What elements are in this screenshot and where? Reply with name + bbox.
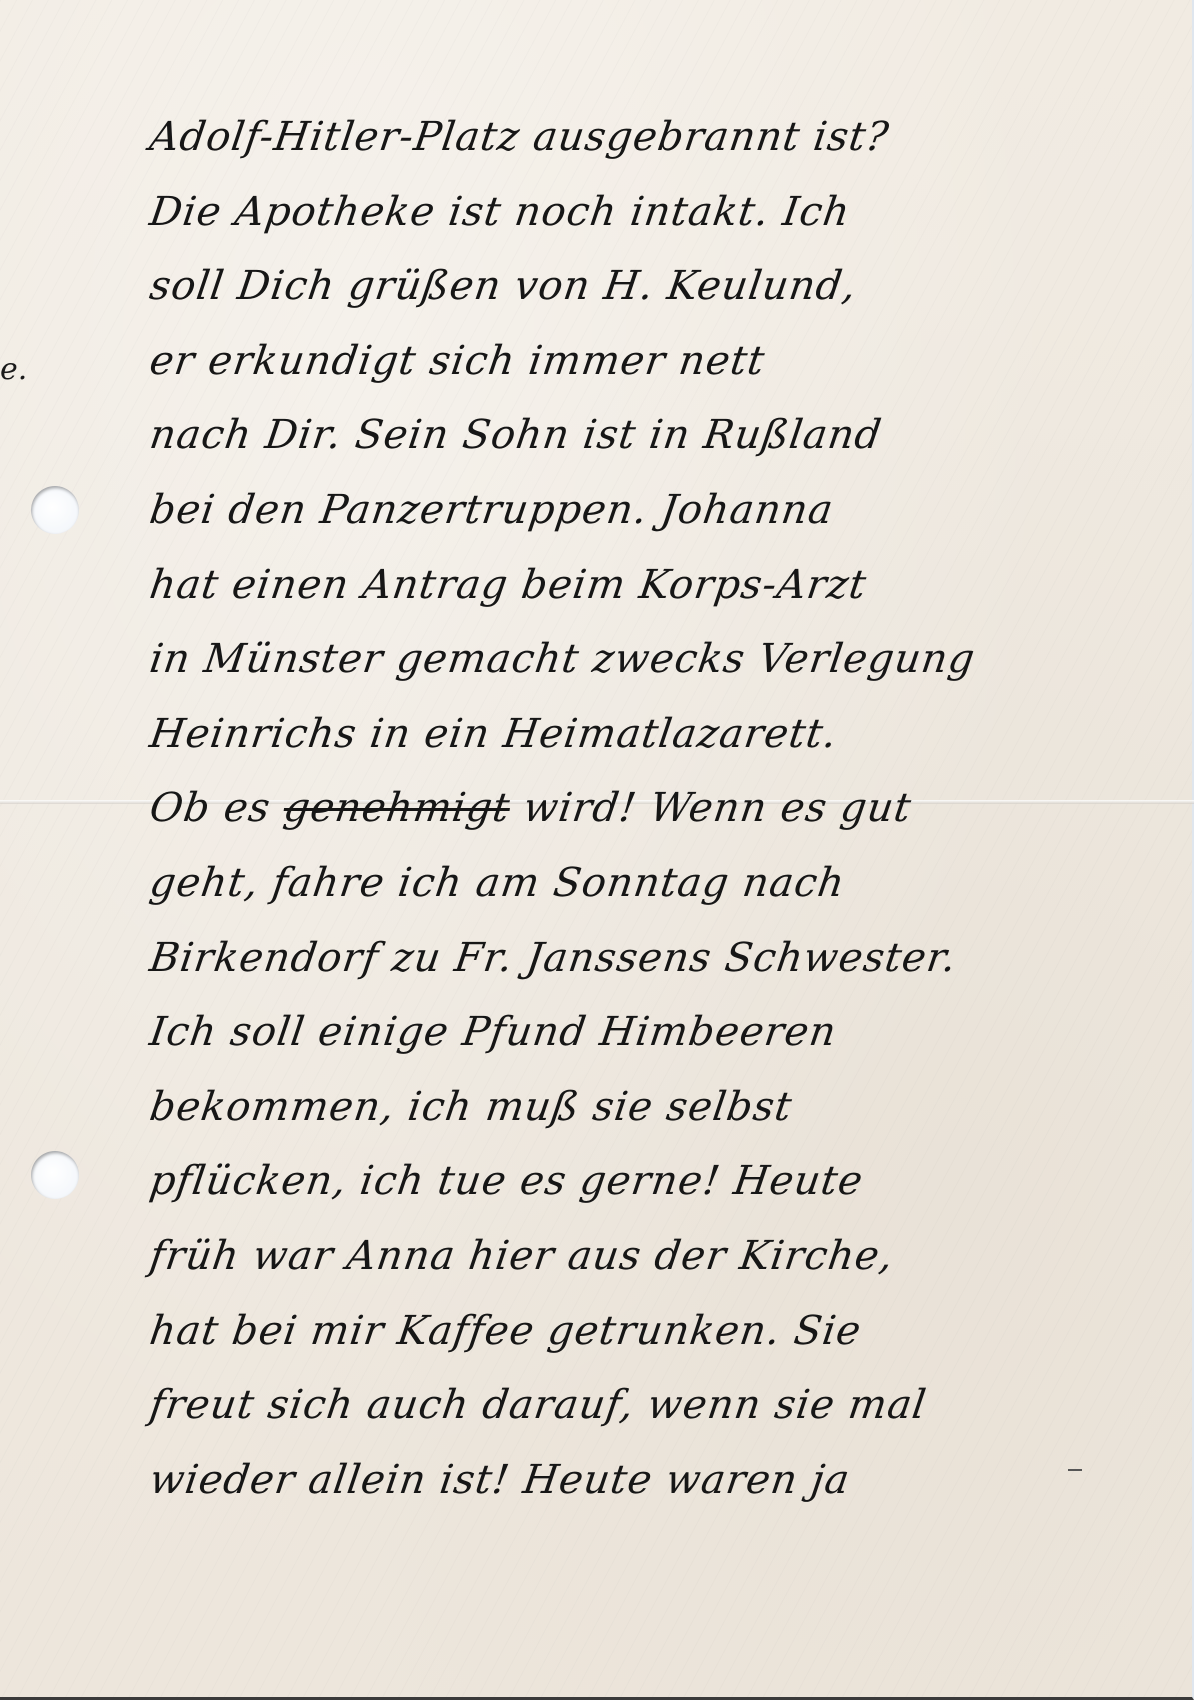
letter-line-7: hat einen Antrag beim Korps-Arzt: [145, 548, 1085, 623]
letter-line-18: freut sich auch darauf, wenn sie mal: [145, 1368, 1085, 1443]
letter-page: e. Adolf-Hitler-Platz ausgebrannt ist? D…: [0, 0, 1194, 1700]
continuation-dash: [1068, 1469, 1082, 1471]
letter-line-16: früh war Anna hier aus der Kirche,: [145, 1219, 1085, 1294]
letter-line-17: hat bei mir Kaffee getrunken. Sie: [145, 1294, 1085, 1369]
letter-line-12: Birkendorf zu Fr. Janssens Schwester.: [145, 921, 1085, 996]
letter-line-9: Heinrichs in ein Heimatlazarett.: [145, 697, 1085, 772]
letter-body: Adolf-Hitler-Platz ausgebrannt ist? Die …: [150, 100, 1080, 1517]
margin-text-fragment: e.: [0, 352, 27, 387]
letter-line-3: soll Dich grüßen von H. Keulund,: [145, 249, 1085, 324]
letter-line-19: wieder allein ist! Heute waren ja: [145, 1443, 1085, 1518]
letter-line-4: er erkundigt sich immer nett: [145, 324, 1085, 399]
line-10-after: wird! Wenn es gut: [507, 785, 915, 831]
punch-hole-bottom: [31, 1151, 79, 1199]
letter-line-5: nach Dir. Sein Sohn ist in Rußland: [145, 398, 1085, 473]
letter-line-2: Die Apotheke ist noch intakt. Ich: [145, 175, 1085, 250]
letter-line-6: bei den Panzertruppen. Johanna: [145, 473, 1085, 548]
letter-line-15: pflücken, ich tue es gerne! Heute: [145, 1144, 1085, 1219]
punch-hole-top: [31, 486, 79, 534]
line-10-before: Ob es: [147, 785, 287, 831]
letter-line-11: geht, fahre ich am Sonntag nach: [145, 846, 1085, 921]
letter-line-13: Ich soll einige Pfund Himbeeren: [145, 995, 1085, 1070]
letter-line-10: Ob es genehmigt wird! Wenn es gut: [145, 771, 1085, 846]
letter-line-14: bekommen, ich muß sie selbst: [145, 1070, 1085, 1145]
letter-line-8: in Münster gemacht zwecks Verlegung: [145, 622, 1085, 697]
letter-line-1: Adolf-Hitler-Platz ausgebrannt ist?: [145, 100, 1085, 175]
struck-word: genehmigt: [281, 785, 513, 831]
